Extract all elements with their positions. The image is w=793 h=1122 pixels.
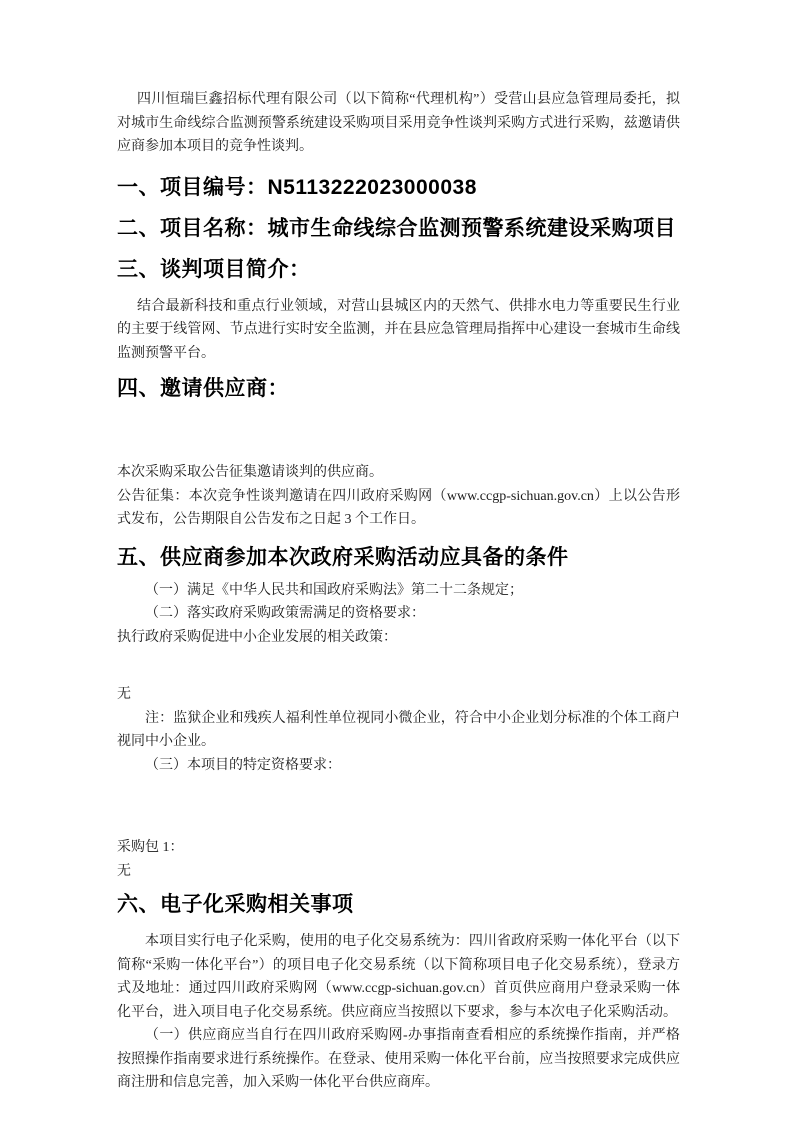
- section-5-note: 注：监狱企业和残疾人福利性单位视同小微企业，符合中小企业划分标准的个体工商户视同…: [117, 707, 680, 754]
- document-page: 四川恒瑞巨鑫招标代理有限公司（以下简称“代理机构”）受营山县应急管理局委托，拟对…: [0, 0, 793, 1122]
- section-4-line1: 本次采购采取公告征集邀请谈判的供应商。: [117, 461, 680, 485]
- section-4-heading: 四、邀请供应商：: [117, 375, 680, 402]
- section-3-body: 结合最新科技和重点行业领域，对营山县城区内的天然气、供排水电力等重要民生行业的主…: [117, 295, 680, 366]
- section-2-heading: 二、项目名称：城市生命线综合监测预警系统建设采购项目: [117, 215, 680, 242]
- intro-paragraph: 四川恒瑞巨鑫招标代理有限公司（以下简称“代理机构”）受营山县应急管理局委托，拟对…: [117, 88, 680, 159]
- section-4-line2: 公告征集：本次竞争性谈判邀请在四川政府采购网（www.ccgp-sichuan.…: [117, 485, 680, 532]
- section-5-none-1: 无: [117, 683, 680, 707]
- blank-space: [117, 777, 680, 836]
- blank-space: [117, 649, 680, 683]
- section-5-package-label: 采购包 1：: [117, 836, 680, 860]
- section-6-paragraph2: （一）供应商应当自行在四川政府采购网-办事指南查看相应的系统操作指南，并严格按照…: [117, 1024, 680, 1095]
- section-3-heading: 三、谈判项目简介：: [117, 256, 680, 283]
- blank-space: [117, 414, 680, 461]
- section-5-none-2: 无: [117, 860, 680, 884]
- section-6-paragraph1: 本项目实行电子化采购，使用的电子化交易系统为：四川省政府采购一体化平台（以下简称…: [117, 930, 680, 1024]
- section-6-heading: 六、电子化采购相关事项: [117, 891, 680, 918]
- section-5-item2: （二）落实政府采购政策需满足的资格要求：: [117, 602, 680, 626]
- section-5-policy-line: 执行政府采购促进中小企业发展的相关政策：: [117, 626, 680, 650]
- section-1-heading: 一、项目编号：N5113222023000038: [117, 174, 680, 201]
- section-5-item3: （三）本项目的特定资格要求：: [117, 754, 680, 778]
- section-5-item1: （一）满足《中华人民共和国政府采购法》第二十二条规定；: [117, 579, 680, 603]
- section-5-heading: 五、供应商参加本次政府采购活动应具备的条件: [117, 544, 680, 571]
